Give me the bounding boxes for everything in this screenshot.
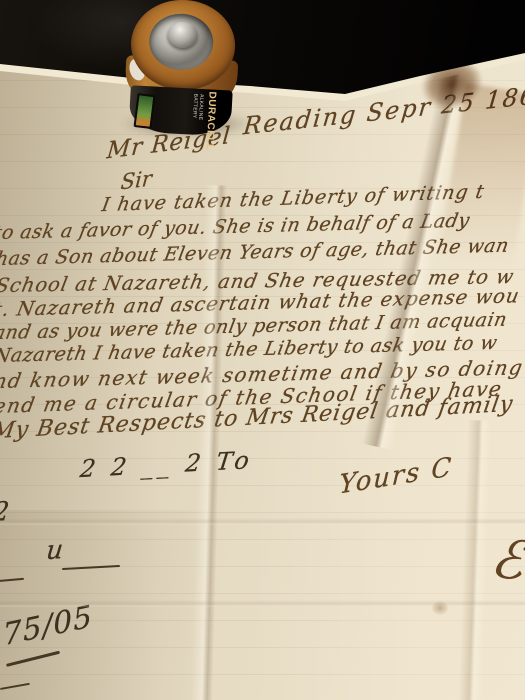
photo-scene: Reading Sepr 25 186 Mr Reigel Sir I have… — [0, 0, 525, 700]
stain-spot — [428, 598, 452, 618]
scribble-mark: u — [45, 535, 65, 566]
fold-crease-horizontal-1 — [0, 518, 525, 525]
letter-salutation: Sir — [120, 166, 153, 194]
battery-brand-label: DURACELL — [204, 91, 217, 138]
battery-type-label: ALKALINE BATTERY — [190, 94, 204, 137]
duracell-battery: DURACELL ALKALINE BATTERY — [118, 0, 247, 139]
paper-top-shadow-right — [340, 0, 525, 55]
